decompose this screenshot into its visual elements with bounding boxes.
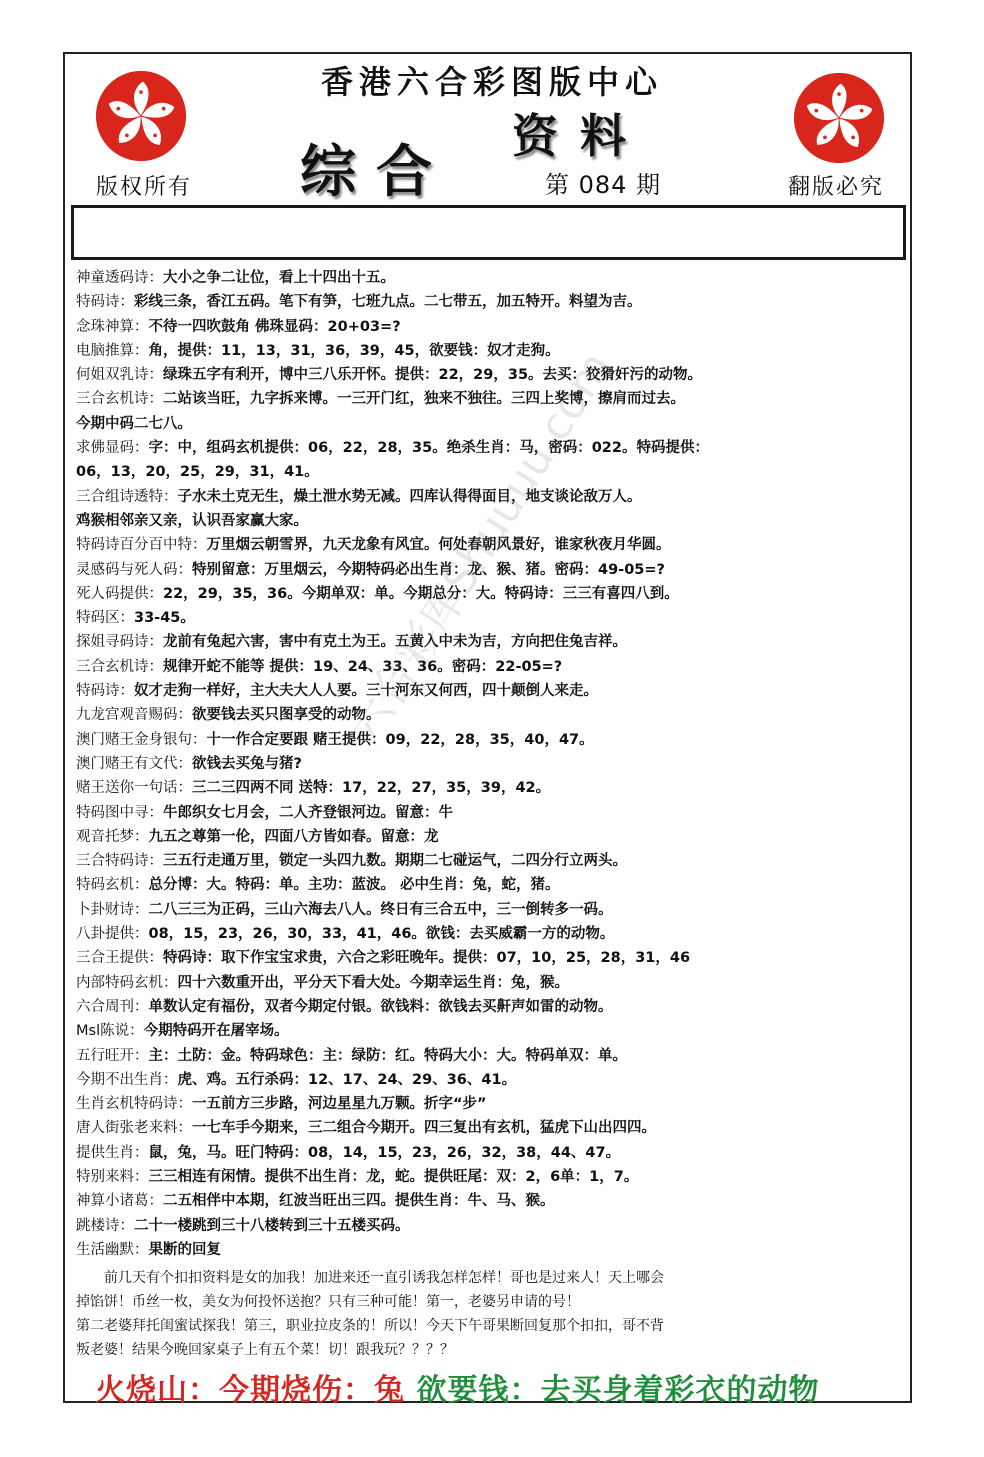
info-line: 澳门赌王有文代：欲钱去买兔与猪? — [76, 752, 906, 776]
info-line: 念珠神算：不待一四吹鼓角 佛珠显码：20+03=? — [76, 315, 906, 339]
line-value: 规律开蛇不能等 提供：19、24、33、36。密码：22-05=? — [163, 659, 562, 675]
line-value: 三三相连有闲情。提供不出生肖：龙，蛇。提供旺尾：双：2，6单：1，7。 — [149, 1169, 639, 1185]
info-line: 澳门赌王金身银句：十一作合定要跟 赌王提供：09，22，28，35，40，47。 — [76, 728, 906, 752]
line-key: 神算小诸葛： — [76, 1193, 163, 1209]
line-key: 特码区： — [76, 610, 134, 626]
line-value: 十一作合定要跟 赌王提供：09，22，28，35，40，47。 — [207, 732, 594, 748]
footer-green-text: 欲要钱：去买身着彩衣的动物 — [405, 1373, 819, 1408]
line-key: 生活幽默： — [76, 1242, 149, 1258]
line-key: Msl陈说： — [76, 1023, 144, 1039]
humor-story: 前几天有个扣扣资料是女的加我！加进来还一直引诱我怎样怎样！哥也是过来人！天上哪会… — [76, 1266, 906, 1362]
line-value: 主：土防：金。特码球色：主：绿防：红。特码大小：大。特码单双：单。 — [149, 1048, 628, 1064]
line-value: 子水未土克无生，燥土泄水势无减。四库认得得面目，地支谈论敌万人。 — [178, 489, 642, 505]
line-value: 字：中，组码玄机提供：06，22，28，35。绝杀生肖：马，密码：022。特码提… — [149, 440, 709, 456]
info-line: 特码诗：奴才走狗一样好，主大夫大人人要。三十河东又何西，四十颠倒人来走。 — [76, 679, 906, 703]
line-value: 鸡猴相邻亲又亲，认识吾家赢大家。 — [76, 513, 308, 529]
line-value: 三二三四两不同 送特：17，22，27，35，39，42。 — [192, 780, 550, 796]
line-value: 二五相伴中本期，红波当旺出三四。提供生肖：牛、马、猴。 — [163, 1193, 555, 1209]
line-value: 万里烟云朝雪界，九天龙象有风宜。何处春朝风景好，谁家秋夜月华圆。 — [207, 537, 671, 553]
info-line: 特码诗百分百中特：万里烟云朝雪界，九天龙象有风宜。何处春朝风景好，谁家秋夜月华圆… — [76, 533, 906, 557]
info-line: 九龙宫观音赐码：欲要钱去买只图享受的动物。 — [76, 703, 906, 727]
info-line: 何姐双乳诗：绿珠五字有利开，博中三八乐开怀。提供：22，29，35。去买：狡猾奸… — [76, 363, 906, 387]
info-line: 赌王送你一句话：三二三四两不同 送特：17，22，27，35，39，42。 — [76, 776, 906, 800]
info-line: 三合特码诗：三五行走通万里，锁定一头四九数。期期二七碰运气，二四分行立两头。 — [76, 849, 906, 873]
line-key: 观音托梦： — [76, 829, 149, 845]
line-value: 大小之争二让位，看上十四出十五。 — [163, 270, 395, 286]
line-value: 二八三三为正码，三山六海去八人。终日有三合五中，三一倒转多一码。 — [149, 902, 613, 918]
line-value: 二十一楼跳到三十八楼转到三十五楼买码。 — [134, 1218, 410, 1234]
info-line: 生活幽默：果断的回复 — [76, 1238, 906, 1262]
line-value: 单数认定有福份，双者今期定付银。欲钱料：欲钱去买鼾声如雷的动物。 — [149, 999, 613, 1015]
copyright-label: 版权所有 — [96, 170, 192, 201]
line-key: 九龙宫观音赐码： — [76, 707, 192, 723]
footer-tagline: 火烧山：今期烧伤：兔 欲要钱：去买身着彩衣的动物 — [95, 1365, 819, 1409]
line-key: 三合玄机诗： — [76, 659, 163, 675]
line-key: 跳楼诗： — [76, 1218, 134, 1234]
info-line: 神算小诸葛：二五相伴中本期，红波当旺出三四。提供生肖：牛、马、猴。 — [76, 1189, 906, 1213]
line-value: 33-45。 — [134, 610, 195, 626]
line-key: 澳门赌王金身银句： — [76, 732, 207, 748]
line-key: 神童透码诗： — [76, 270, 163, 286]
info-line: 神童透码诗：大小之争二让位，看上十四出十五。 — [76, 266, 906, 290]
line-value: 二站该当旺，九字拆来博。一三开门红，独来不独往。三四上奖博，擦肩而过去。 — [163, 391, 685, 407]
line-value: 彩线三条，香江五码。笔下有笋，七班九点。二七带五，加五特开。料望为吉。 — [134, 294, 642, 310]
info-line: 卜卦财诗：二八三三为正码，三山六海去八人。终日有三合五中，三一倒转多一码。 — [76, 898, 906, 922]
line-value: 四十六数重开出，平分天下看大处。今期幸运生肖：兔，猴。 — [178, 975, 570, 991]
story-line: 叛老婆！结果今晚回家桌子上有五个菜！切！跟我玩？？？？ — [76, 1338, 906, 1362]
line-key: 求佛显码： — [76, 440, 149, 456]
line-value: 今期特码开在屠宰场。 — [144, 1023, 289, 1039]
info-line: 电脑推算：角，提供：11，13，31，36，39，45，欲要钱：奴才走狗。 — [76, 339, 906, 363]
line-value: 今期中码二七八。 — [76, 416, 192, 432]
line-key: 探姐寻码诗： — [76, 634, 163, 650]
line-key: 八卦提供： — [76, 926, 149, 942]
line-key: 五行旺开： — [76, 1048, 149, 1064]
info-line: 死人码提供：22，29，35，36。今期单双：单。今期总分：大。特码诗：三三有喜… — [76, 582, 906, 606]
line-key: 特码图中寻： — [76, 805, 163, 821]
info-line: 今期中码二七八。 — [76, 412, 906, 436]
line-value: 龙前有兔起六害，害中有克土为王。五黄入中未为吉，方向把住兔吉祥。 — [163, 634, 627, 650]
info-line: 内部特码玄机：四十六数重开出，平分天下看大处。今期幸运生肖：兔，猴。 — [76, 971, 906, 995]
info-line: 特别来料：三三相连有闲情。提供不出生肖：龙，蛇。提供旺尾：双：2，6单：1，7。 — [76, 1165, 906, 1189]
info-line: 求佛显码：字：中，组码玄机提供：06，22，28，35。绝杀生肖：马，密码：02… — [76, 436, 906, 460]
line-value: 特别留意：万里烟云，今期特码必出生肖：龙、猴、猪。密码：49-05=? — [192, 562, 665, 578]
info-line: 生肖玄机特码诗：一五前方三步路，河边星星九万颗。折字“步” — [76, 1092, 906, 1116]
info-line: 五行旺开：主：土防：金。特码球色：主：绿防：红。特码大小：大。特码单双：单。 — [76, 1044, 906, 1068]
line-key: 特别来料： — [76, 1169, 149, 1185]
line-value: 鼠，兔，马。旺门特码：08，14，15，23，26，32，38，44、47。 — [149, 1145, 621, 1161]
line-key: 六合周刊： — [76, 999, 149, 1015]
line-value: 不待一四吹鼓角 佛珠显码：20+03=? — [149, 319, 401, 335]
header-title: 香港六合彩图版中心 — [0, 57, 984, 103]
info-line: 八卦提供：08，15，23，26，30，33，41，46。欲钱：去买威霸一方的动… — [76, 922, 906, 946]
info-line: 唐人街张老来料：一七车手今期来，三二组合今期开。四三复出有玄机，猛虎下山出四四。 — [76, 1116, 906, 1140]
line-value: 奴才走狗一样好，主大夫大人人要。三十河东又何西，四十颠倒人来走。 — [134, 683, 598, 699]
content-body: 神童透码诗：大小之争二让位，看上十四出十五。特码诗：彩线三条，香江五码。笔下有笋… — [76, 266, 906, 1362]
info-line: 特码图中寻：牛郎织女七月会，二人齐登银河边。留意：牛 — [76, 801, 906, 825]
info-line: 提供生肖：鼠，兔，马。旺门特码：08，14，15，23，26，32，38，44、… — [76, 1141, 906, 1165]
line-key: 电脑推算： — [76, 343, 149, 359]
line-value: 绿珠五字有利开，博中三八乐开怀。提供：22，29，35。去买：狡猾奸污的动物。 — [163, 367, 702, 383]
line-key: 唐人街张老来料： — [76, 1120, 192, 1136]
line-value: 牛郎织女七月会，二人齐登银河边。留意：牛 — [163, 805, 453, 821]
line-key: 今期不出生肖： — [76, 1072, 178, 1088]
story-line: 前几天有个扣扣资料是女的加我！加进来还一直引诱我怎样怎样！哥也是过来人！天上哪会 — [76, 1266, 906, 1290]
line-value: 九五之尊第一伦，四面八方皆如春。留意：龙 — [149, 829, 439, 845]
line-value: 总分博：大。特码：单。主功：蓝波。 必中生肖：兔，蛇，猪。 — [149, 877, 560, 893]
info-line: 六合周刊：单数认定有福份，双者今期定付银。欲钱料：欲钱去买鼾声如雷的动物。 — [76, 995, 906, 1019]
line-value: 虎、鸡。五行杀码：12、17、24、29、36、41。 — [178, 1072, 517, 1088]
line-key: 提供生肖： — [76, 1145, 149, 1161]
info-line: 鸡猴相邻亲又亲，认识吾家赢大家。 — [76, 509, 906, 533]
line-key: 卜卦财诗： — [76, 902, 149, 918]
line-key: 特码玄机： — [76, 877, 149, 893]
footer-red-text: 火烧山：今期烧伤：兔 — [95, 1373, 405, 1408]
big-title-right: 资料 — [512, 100, 648, 166]
line-key: 灵感码与死人码： — [76, 562, 192, 578]
line-key: 何姐双乳诗： — [76, 367, 163, 383]
info-line: 特码诗：彩线三条，香江五码。笔下有笋，七班九点。二七带五，加五特开。料望为吉。 — [76, 290, 906, 314]
issue-number: 第 084 期 — [545, 165, 661, 200]
info-line: 今期不出生肖：虎、鸡。五行杀码：12、17、24、29、36、41。 — [76, 1068, 906, 1092]
story-line: 第二老婆拜托闺蜜试探我！第三，职业拉皮条的！所以！今天下午哥果断回复那个扣扣，哥… — [76, 1314, 906, 1338]
line-key: 念珠神算： — [76, 319, 149, 335]
info-line: 三合王提供：特码诗：取下作宝宝求贵，六合之彩旺晚年。提供：07，10，25，28… — [76, 946, 906, 970]
line-key: 三合组诗透特： — [76, 489, 178, 505]
line-value: 一五前方三步路，河边星星九万颗。折字“步” — [192, 1096, 487, 1112]
line-key: 赌王送你一句话： — [76, 780, 192, 796]
line-value: 三五行走通万里，锁定一头四九数。期期二七碰运气，二四分行立两头。 — [163, 853, 627, 869]
info-line: 灵感码与死人码：特别留意：万里烟云，今期特码必出生肖：龙、猴、猪。密码：49-0… — [76, 558, 906, 582]
info-line: 特码玄机：总分博：大。特码：单。主功：蓝波。 必中生肖：兔，蛇，猪。 — [76, 873, 906, 897]
info-line: 三合组诗透特：子水未土克无生，燥土泄水势无减。四库认得得面目，地支谈论敌万人。 — [76, 485, 906, 509]
line-key: 三合玄机诗： — [76, 391, 163, 407]
line-key: 特码诗： — [76, 683, 134, 699]
line-value: 22，29，35，36。今期单双：单。今期总分：大。特码诗：三三有喜四八到。 — [163, 586, 679, 602]
line-key: 澳门赌王有文代： — [76, 756, 192, 772]
line-key: 死人码提供： — [76, 586, 163, 602]
line-value: 欲要钱去买只图享受的动物。 — [192, 707, 381, 723]
info-line: 三合玄机诗：二站该当旺，九字拆来博。一三开门红，独来不独往。三四上奖博，擦肩而过… — [76, 387, 906, 411]
line-value: 角，提供：11，13，31，36，39，45，欲要钱：奴才走狗。 — [149, 343, 560, 359]
line-value: 果断的回复 — [149, 1242, 222, 1258]
info-line: Msl陈说：今期特码开在屠宰场。 — [76, 1019, 906, 1043]
anti-piracy-label: 翻版必究 — [788, 170, 884, 201]
line-key: 生肖玄机特码诗： — [76, 1096, 192, 1112]
line-value: 一七车手今期来，三二组合今期开。四三复出有玄机，猛虎下山出四四。 — [192, 1120, 656, 1136]
story-line: 掉馅饼！币丝一枚，美女为何投怀送抱？只有三种可能！第一，老婆另申请的号！ — [76, 1290, 906, 1314]
info-line: 跳楼诗：二十一楼跳到三十八楼转到三十五楼买码。 — [76, 1214, 906, 1238]
big-title-left: 综合 — [300, 128, 452, 208]
info-line: 三合玄机诗：规律开蛇不能等 提供：19、24、33、36。密码：22-05=? — [76, 655, 906, 679]
line-key: 特码诗百分百中特： — [76, 537, 207, 553]
info-line: 探姐寻码诗：龙前有兔起六害，害中有克土为王。五黄入中未为吉，方向把住兔吉祥。 — [76, 630, 906, 654]
info-line: 06，13，20，25，29，31，41。 — [76, 460, 906, 484]
line-key: 特码诗： — [76, 294, 134, 310]
line-key: 三合特码诗： — [76, 853, 163, 869]
info-line: 观音托梦：九五之尊第一伦，四面八方皆如春。留意：龙 — [76, 825, 906, 849]
line-key: 内部特码玄机： — [76, 975, 178, 991]
line-key: 三合王提供： — [76, 950, 163, 966]
line-value: 特码诗：取下作宝宝求贵，六合之彩旺晚年。提供：07，10，25，28，31，46 — [163, 950, 690, 966]
line-value: 欲钱去买兔与猪? — [192, 756, 302, 772]
line-value: 08，15，23，26，30，33，41，46。欲钱：去买威霸一方的动物。 — [149, 926, 615, 942]
blank-banner-box — [71, 205, 906, 260]
info-line: 特码区：33-45。 — [76, 606, 906, 630]
line-value: 06，13，20，25，29，31，41。 — [76, 464, 319, 480]
